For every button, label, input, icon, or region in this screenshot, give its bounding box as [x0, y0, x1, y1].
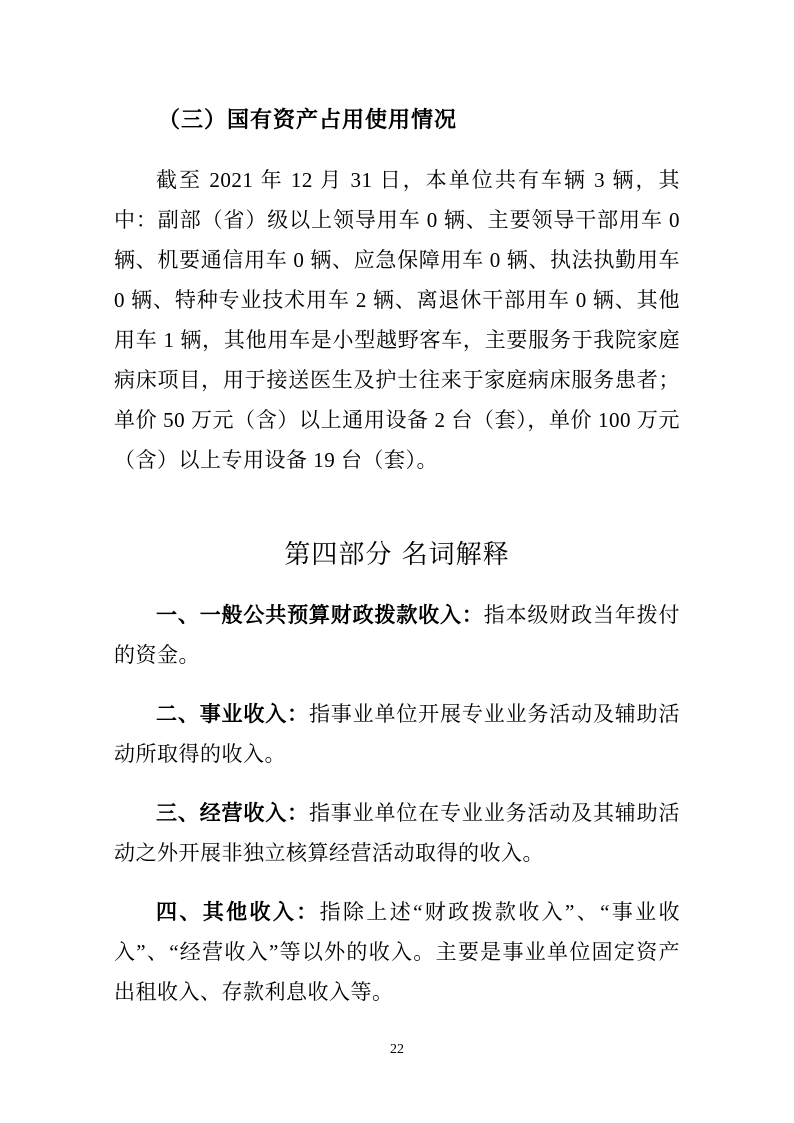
glossary-term-2: 二、事业收入： — [156, 702, 309, 726]
page-number: 22 — [0, 1041, 794, 1059]
glossary-item-3: 三、经营收入：指事业单位在专业业务活动及其辅助活动之外开展非独立核算经营活动取得… — [114, 793, 680, 873]
asset-usage-paragraph: 截至 2021 年 12 月 31 日，本单位共有车辆 3 辆，其中：副部（省）… — [114, 160, 680, 480]
glossary-section-title: 第四部分 名词解释 — [114, 535, 680, 575]
page-content: （三）国有资产占用使用情况 截至 2021 年 12 月 31 日，本单位共有车… — [0, 0, 794, 1012]
asset-usage-heading: （三）国有资产占用使用情况 — [114, 100, 680, 140]
glossary-list: 一、一般公共预算财政拨款收入：指本级财政当年拨付的资金。 二、事业收入：指事业单… — [114, 595, 680, 1012]
glossary-term-4: 四、其他收入： — [156, 900, 320, 924]
glossary-item-2: 二、事业收入：指事业单位开展专业业务活动及辅助活动所取得的收入。 — [114, 694, 680, 774]
glossary-item-1: 一、一般公共预算财政拨款收入：指本级财政当年拨付的资金。 — [114, 595, 680, 675]
glossary-item-4: 四、其他收入：指除上述“财政拨款收入”、“事业收入”、“经营收入”等以外的收入。… — [114, 892, 680, 1012]
glossary-term-3: 三、经营收入： — [156, 801, 309, 825]
document-page: （三）国有资产占用使用情况 截至 2021 年 12 月 31 日，本单位共有车… — [0, 0, 794, 1123]
glossary-term-1: 一、一般公共预算财政拨款收入： — [156, 603, 484, 627]
